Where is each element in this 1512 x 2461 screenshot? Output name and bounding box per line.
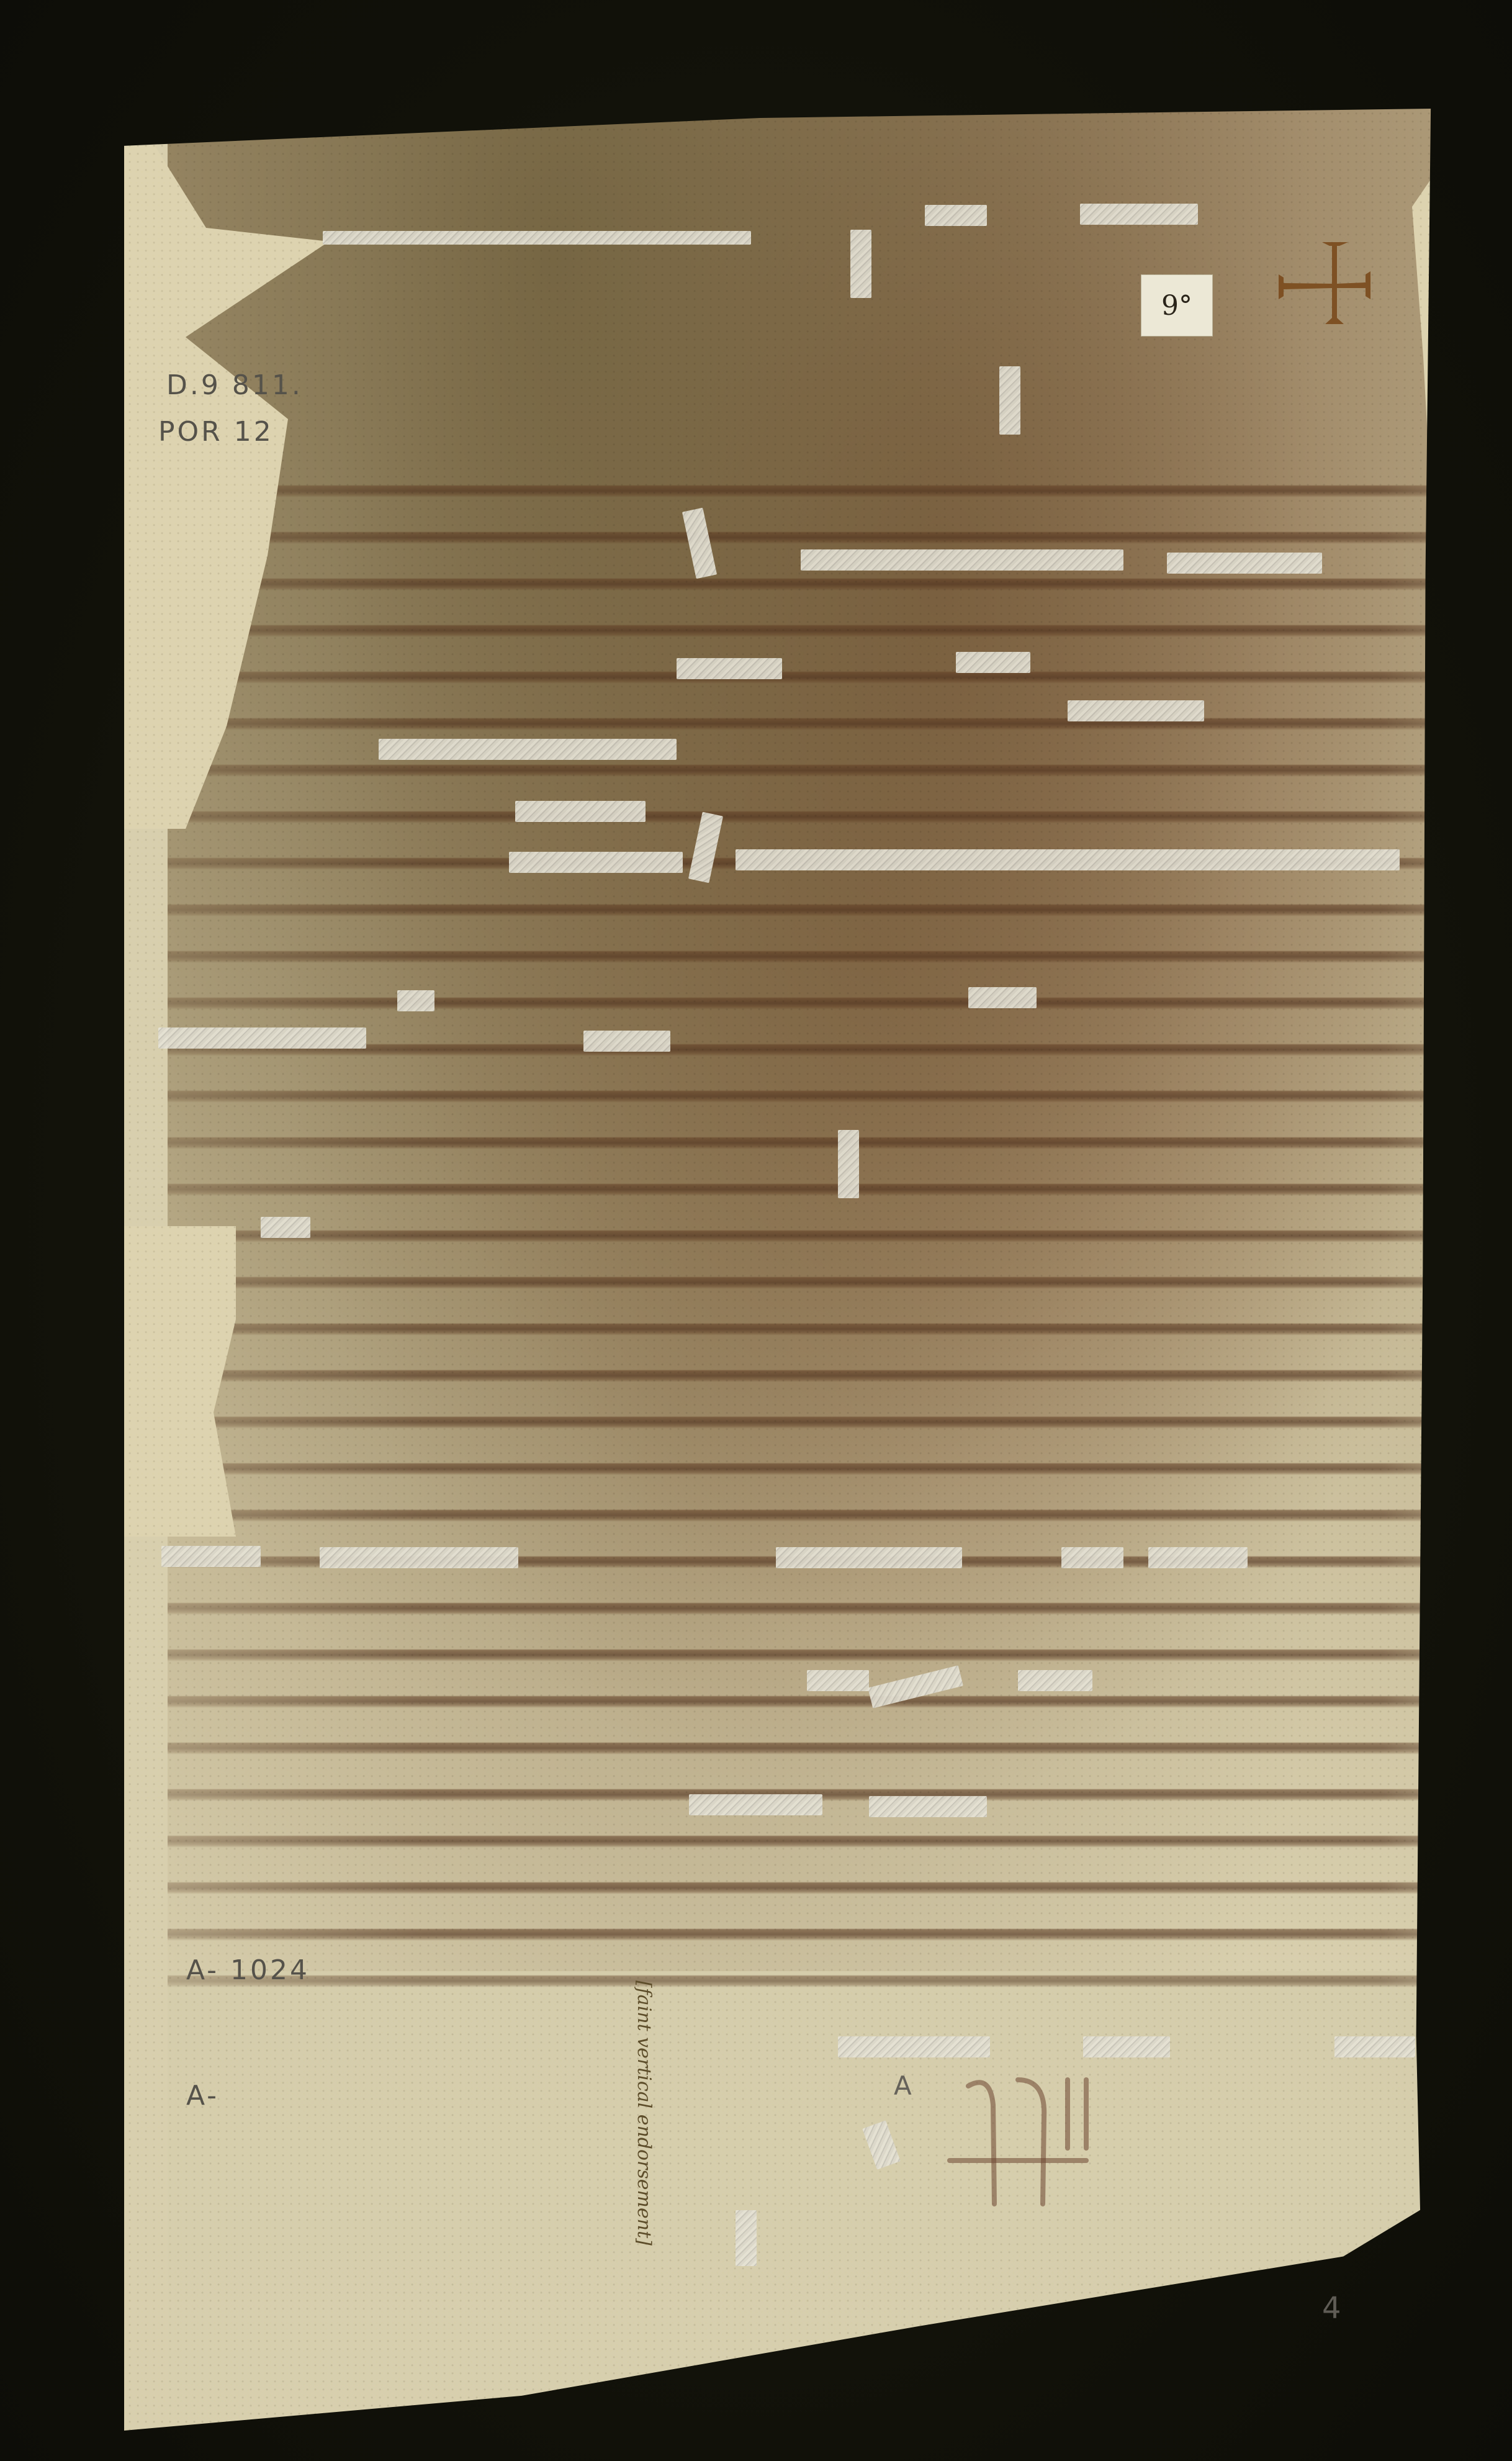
repair-tape: [1083, 2036, 1170, 2057]
signum-icon: [881, 2067, 1192, 2210]
repair-tape: [509, 852, 683, 873]
parchment-sheet: [124, 109, 1449, 2431]
repair-tape: [677, 658, 782, 679]
vertical-endorsement: [faint vertical endorsement]: [633, 1980, 655, 2246]
repair-tape: [736, 2210, 757, 2266]
repair-tape: [956, 652, 1030, 673]
repair-tape: [515, 801, 646, 822]
number-label-text: 9°: [1161, 290, 1192, 322]
repair-tape: [869, 1796, 987, 1817]
repair-tape: [736, 849, 1400, 870]
repair-tape: [776, 1547, 962, 1568]
repair-tape: [807, 1670, 869, 1691]
repair-tape: [838, 1130, 859, 1198]
repair-tape: [1167, 553, 1322, 574]
mark-annotation-bottom: A-: [186, 2080, 219, 2111]
repair-tape: [158, 1027, 366, 1049]
parchment-grain: [124, 109, 1449, 2431]
repair-tape: [397, 990, 434, 1011]
repair-tape: [1018, 1670, 1092, 1691]
cross-pattee-icon: [1272, 237, 1397, 330]
repair-tape: [801, 549, 1123, 571]
repair-tape: [583, 1031, 670, 1052]
repair-tape: [1334, 2036, 1415, 2057]
shelfmark-annotation-second: POR 12: [158, 416, 274, 448]
shelfmark-annotation-top: D.9 811.: [166, 369, 303, 401]
repair-tape: [1068, 700, 1204, 721]
repair-tape: [161, 1546, 261, 1567]
repair-tape: [925, 205, 987, 226]
repair-tape: [1148, 1547, 1248, 1568]
repair-tape: [850, 230, 871, 298]
notarial-signum-mark: [881, 2067, 1192, 2210]
repair-tape: [838, 2036, 990, 2057]
repair-tape: [379, 739, 677, 760]
repair-tape: [320, 1547, 518, 1568]
number-label: 9°: [1141, 274, 1213, 336]
repair-tape: [968, 987, 1037, 1008]
repair-tape: [999, 366, 1020, 435]
repair-tape: [261, 1217, 310, 1238]
shelfmark-annotation-bottom: A- 1024: [186, 1954, 310, 1986]
corner-pencil-mark: 4: [1322, 2291, 1341, 2326]
repair-tape: [689, 1794, 822, 1815]
repair-tape: [1061, 1547, 1123, 1568]
repair-tape: [323, 231, 751, 245]
repair-tape: [1080, 204, 1198, 225]
